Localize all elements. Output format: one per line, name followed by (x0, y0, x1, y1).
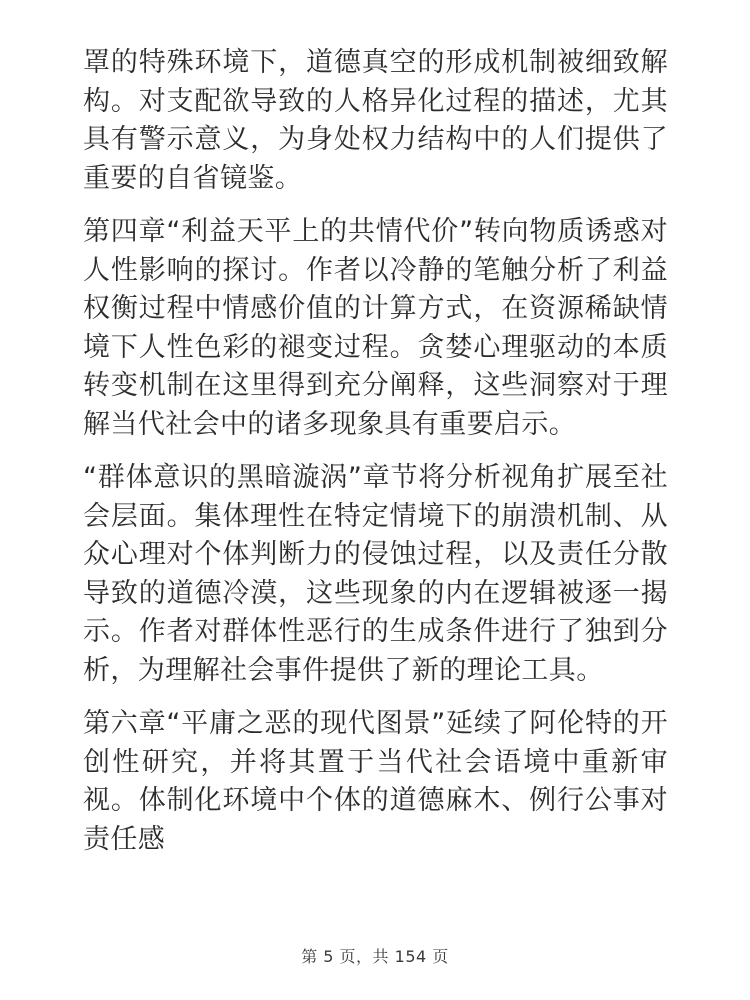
document-page: 罩的特殊环境下，道德真空的形成机制被细致解构。对支配欲导致的人格异化过程的描述，… (0, 0, 750, 1000)
paragraph-2: 第四章“利益天平上的共情代价”转向物质诱惑对人性影响的探讨。作者以冷静的笔触分析… (83, 213, 668, 444)
paragraph-3: “群体意识的黑暗漩涡”章节将分析视角扩展至社会层面。集体理性在特定情境下的崩溃机… (83, 459, 668, 690)
paragraph-1: 罩的特殊环境下，道德真空的形成机制被细致解构。对支配欲导致的人格异化过程的描述，… (83, 44, 668, 198)
paragraph-4: 第六章“平庸之恶的现代图景”延续了阿伦特的开创性研究，并将其置于当代社会语境中重… (83, 705, 668, 859)
page-indicator: 第 5 页，共 154 页 (0, 944, 750, 967)
page-text-block: 罩的特殊环境下，道德真空的形成机制被细致解构。对支配欲导致的人格异化过程的描述，… (83, 44, 668, 874)
